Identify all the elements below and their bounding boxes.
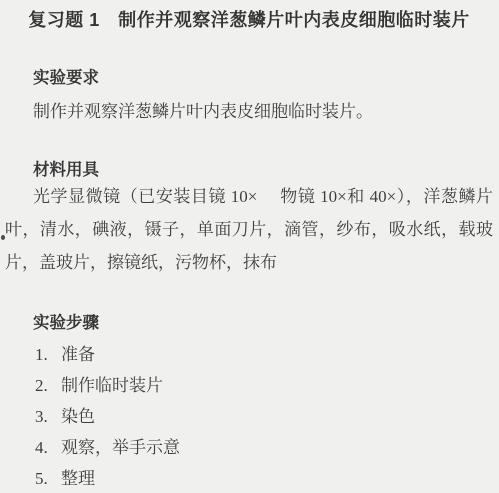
section-heading-requirements: 实验要求 <box>33 70 493 87</box>
materials-text: 光学显微镜（已安装目镜 10× 物镜 10×和 40×），洋葱鳞片叶，清水，碘液… <box>5 180 493 279</box>
step-label: 整理 <box>61 470 95 487</box>
step-number: 5. <box>35 470 61 487</box>
requirements-text: 制作并观察洋葱鳞片叶内表皮细胞临时装片。 <box>5 95 493 128</box>
step-number: 2. <box>35 377 61 394</box>
step-item-tidy-up: 5. 整理 <box>35 470 493 487</box>
step-item-prepare: 1. 准备 <box>35 346 493 363</box>
page-title: 复习题 1 制作并观察洋葱鳞片叶内表皮细胞临时装片 <box>5 10 493 30</box>
step-label: 制作临时装片 <box>61 377 163 394</box>
step-item-make-slide: 2. 制作临时装片 <box>35 377 493 394</box>
document-page: 复习题 1 制作并观察洋葱鳞片叶内表皮细胞临时装片 实验要求 制作并观察洋葱鳞片… <box>0 10 499 487</box>
section-heading-materials: 材料用具 <box>33 162 493 179</box>
step-item-stain: 3. 染色 <box>35 408 493 425</box>
step-label: 染色 <box>61 408 95 425</box>
step-label: 准备 <box>61 346 95 363</box>
step-number: 1. <box>35 346 61 363</box>
scan-speck-artifact <box>1 235 5 240</box>
step-number: 4. <box>35 439 61 456</box>
section-heading-steps: 实验步骤 <box>33 315 493 332</box>
steps-list: 1. 准备 2. 制作临时装片 3. 染色 4. 观察，举手示意 5. 整理 <box>5 346 493 487</box>
step-item-observe: 4. 观察，举手示意 <box>35 439 493 456</box>
step-label: 观察，举手示意 <box>61 439 180 456</box>
step-number: 3. <box>35 408 61 425</box>
